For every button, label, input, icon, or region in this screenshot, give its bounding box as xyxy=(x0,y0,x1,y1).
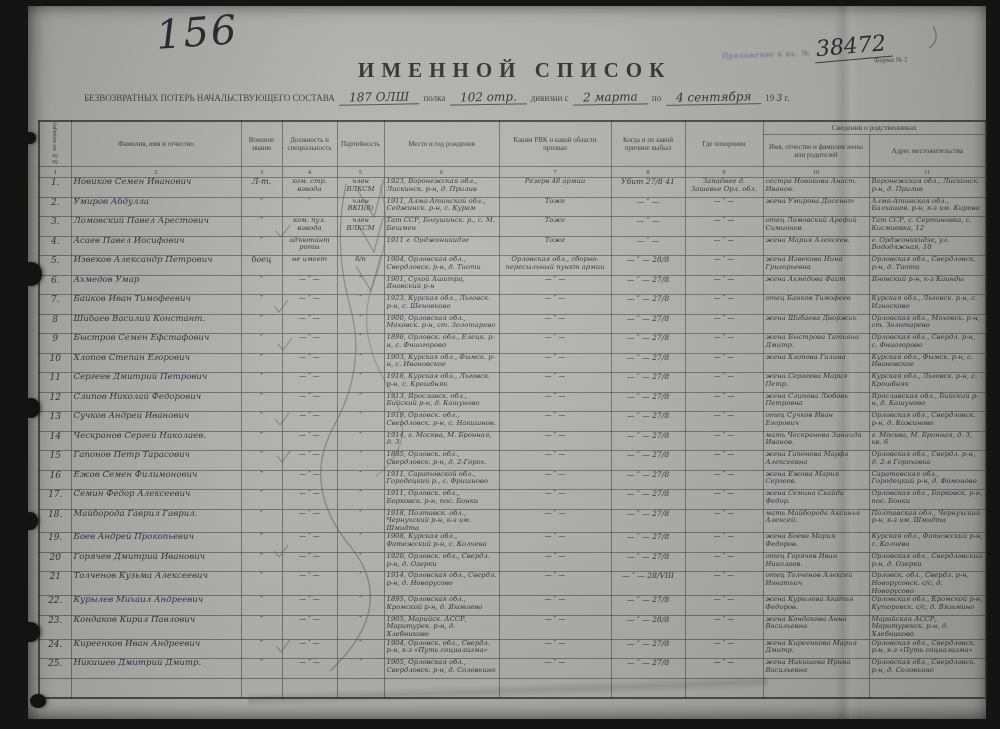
cell-party: ″ xyxy=(337,470,384,490)
cell-name: Майборода Гаврил Гаврил. xyxy=(71,509,241,533)
cell-address: Орловская обл., Кромской р-н, Куторовск.… xyxy=(869,596,986,616)
cell-rank: ″ xyxy=(241,572,282,596)
cell-row-number: ✓ 24. xyxy=(39,639,71,659)
cell-rvk: — ″ — xyxy=(499,314,611,334)
cell-burial: — ″ — xyxy=(685,451,763,471)
cell-party: ″ xyxy=(337,572,384,596)
cell-party: ″ xyxy=(337,533,384,553)
cell-rank: ″ xyxy=(241,552,282,572)
cell-address: Тат ССР, с. Сертиновка, с. Кисмиевка, 12 xyxy=(869,217,986,237)
table-row xyxy=(39,678,986,698)
column-number: 10 xyxy=(763,167,869,178)
cell-birthplace: 1923, Курская обл., Льговск. р-н, с. Шен… xyxy=(384,295,499,315)
cell-rvk: Тоже xyxy=(499,236,611,256)
table-row: ✓ 22. Курылев Михаил Андреевич ″ — ″ — ″… xyxy=(39,596,986,616)
cell-position: — ″ — xyxy=(282,451,337,471)
casualty-table: №№ по порядку Фамилия, имя и отчество Во… xyxy=(38,120,987,699)
table-row: ✓ 12 Слипов Николай Федорович ″ — ″ — ″ … xyxy=(39,392,986,412)
cell-rvk: — ″ — xyxy=(499,615,611,639)
cell-rvk: — ″ — xyxy=(499,431,611,451)
punch-hole xyxy=(20,622,40,642)
cell-birthplace: 1901, Сухой Ашитра, Яновский р-н xyxy=(384,275,499,295)
cell-birthplace: 1904, Орловск. обл., Свердл. р-н, к-з «П… xyxy=(384,639,499,659)
punch-hole xyxy=(30,694,46,708)
col-header-name: Фамилия, имя и отчество xyxy=(71,121,241,167)
cell-address: Орловская обл., Борковск. р-н, пос. Бонк… xyxy=(869,490,986,510)
subtitle-printed: БЕЗВОЗВРАТНЫХ ПОТЕРЬ НАЧАЛЬСТВУЮЩЕГО СОС… xyxy=(84,93,335,103)
col-header-index: №№ по порядку xyxy=(39,121,71,167)
cell-row-number: ✓ 3. xyxy=(39,217,71,237)
cell-rank: ″ xyxy=(241,615,282,639)
cell-relative: жена Киреенкова Мария Дмитр. xyxy=(763,639,869,659)
cell-fate: — ″ — xyxy=(611,236,685,256)
cell-address xyxy=(869,678,986,698)
cell-position: — ″ — xyxy=(282,275,337,295)
cell-name: Шибаев Василий Констант. xyxy=(71,314,241,334)
col-header-address: Адрес местожительства xyxy=(869,135,986,167)
cell-name: Умиров Абдулла xyxy=(71,197,241,217)
cell-rank: ″ xyxy=(241,392,282,412)
cell-position: — ″ — xyxy=(282,533,337,553)
cell-address: Орловская обл., Свердловск. р-н, д. Кожи… xyxy=(869,412,986,432)
punch-hole xyxy=(20,262,42,286)
cell-rank xyxy=(241,678,282,698)
cell-party: член ВЛКСМ xyxy=(337,178,384,198)
cell-position: — ″ — xyxy=(282,596,337,616)
cell-fate: — ″ — 27/8 xyxy=(611,659,685,679)
cell-party: ″ xyxy=(337,431,384,451)
cell-rvk: — ″ — xyxy=(499,552,611,572)
table-row: ✓ 15 Гапонов Петр Тарасович ″ — ″ — ″ 18… xyxy=(39,451,986,471)
cell-party: ″ xyxy=(337,552,384,572)
cell-name: Байков Иван Тимофеевич xyxy=(71,295,241,315)
cell-address: Курская обл., Льговск. р-н, с. Износково xyxy=(869,295,986,315)
cell-address: Орловская обл., Свердл. р-н, с. Фниогоро… xyxy=(869,334,986,354)
table-row: ✓ 16 Ежов Семен Филимонович ″ — ″ — ″ 19… xyxy=(39,470,986,490)
cell-birthplace: 1918, Полтавск. обл., Чернухский р-н, к-… xyxy=(384,509,499,533)
table-row: ✓ 24. Киреенков Иван Андреевич ″ — ″ — ″… xyxy=(39,639,986,659)
cell-relative xyxy=(763,678,869,698)
cell-rank: ″ xyxy=(241,412,282,432)
cell-relative: мать Ческранова Зинаида Иванов. xyxy=(763,431,869,451)
cell-fate: — ″ — 27/8 xyxy=(611,509,685,533)
table-row: ✓ 19. Боев Андрей Прокопьевич ″ — ″ — ″ … xyxy=(39,533,986,553)
cell-address: Алма-Атинская обл., Балхашев. р-н, к-з и… xyxy=(869,197,986,217)
cell-position: — ″ — xyxy=(282,314,337,334)
cell-position: — ″ — xyxy=(282,490,337,510)
cell-relative: жена Умирова Дисенат xyxy=(763,197,869,217)
cell-rank: ″ xyxy=(241,197,282,217)
cell-name: Сучков Андрей Иванович xyxy=(71,412,241,432)
cell-row-number: ✓ 16 xyxy=(39,470,71,490)
table-row: ✓ 10 Хлопов Степан Егорович ″ — ″ — ″ 19… xyxy=(39,353,986,373)
cell-birthplace: 1911, Орловск. обл., Борковск. р-н, пос.… xyxy=(384,490,499,510)
cell-fate: — ″ — xyxy=(611,197,685,217)
cell-burial: — ″ — xyxy=(685,334,763,354)
cell-rvk: — ″ — xyxy=(499,412,611,432)
cell-row-number: ✓ 23. xyxy=(39,615,71,639)
cell-birthplace: 1895, Орловская обл., Кромской р-н, д. Я… xyxy=(384,596,499,616)
cell-fate: — ″ — 27/8 xyxy=(611,412,685,432)
cell-position xyxy=(282,678,337,698)
cell-party: ″ xyxy=(337,373,384,393)
cell-fate: — ″ — 27/8 xyxy=(611,639,685,659)
cell-address: Воронежская обл., Лискинск. р-н, д. Прил… xyxy=(869,178,986,198)
cell-rank: ″ xyxy=(241,353,282,373)
column-number: 11 xyxy=(869,167,986,178)
cell-burial: — ″ — xyxy=(685,615,763,639)
cell-name: Ежов Семен Филимонович xyxy=(71,470,241,490)
table-row: ✓ 18. Майборода Гаврил Гаврил. ″ — ″ — ″… xyxy=(39,509,986,533)
cell-position: — ″ — xyxy=(282,659,337,679)
cell-position: — ″ — xyxy=(282,373,337,393)
cell-rank: ″ xyxy=(241,470,282,490)
cell-address: Орловск. обл., Свердл. р-н, Новорусовск.… xyxy=(869,572,986,596)
cell-address: г. Москва, М. Бронная, д. 3, кв. 6 xyxy=(869,431,986,451)
subtitle-handwritten-unit: 187 ОЛШ xyxy=(339,89,420,105)
cell-party: член ВКП(б) xyxy=(337,197,384,217)
cell-name: Киреенков Иван Андреевич xyxy=(71,639,241,659)
cell-party: ″ xyxy=(337,490,384,510)
cell-party: член ВЛКСМ xyxy=(337,217,384,237)
cell-address: Яновский р-н, к-з Каинды xyxy=(869,275,986,295)
cell-burial: — ″ — xyxy=(685,314,763,334)
cell-fate: Убит 27/8 41 xyxy=(611,178,685,198)
cell-birthplace: 1913, Ярославск. обл., Бийский р-н, д. К… xyxy=(384,392,499,412)
cell-party: ″ xyxy=(337,639,384,659)
cell-address: Полтавская обл., Чернухский р-н, к-з им.… xyxy=(869,509,986,533)
subtitle-handwritten-date-to: 4 сентября xyxy=(665,89,761,106)
cell-burial: — ″ — xyxy=(685,353,763,373)
cell-fate: — ″ — 27/8 xyxy=(611,490,685,510)
cell-relative: мать Майборода Аксинья Алексей. xyxy=(763,509,869,533)
cell-rvk: — ″ — xyxy=(499,533,611,553)
col-header-relative: Имя, отчество и фамилия жены или родител… xyxy=(763,135,869,167)
cell-rvk: Орловская обл., сборно-пересыльный пункт… xyxy=(499,256,611,276)
cell-row-number: ✓ 20 xyxy=(39,552,71,572)
cell-party: ″ xyxy=(337,615,384,639)
table-row: ✓ 1. Новиков Семен Иванович Л-т. ком. ст… xyxy=(39,178,986,198)
cell-rank: ″ xyxy=(241,275,282,295)
table-row: ✓ 25. Никишев Дмитрий Дмитр. ″ — ″ — ″ 1… xyxy=(39,659,986,679)
col-header-fate: Когда и по какой причине выбыл xyxy=(611,121,685,167)
cell-rank: ″ xyxy=(241,509,282,533)
cell-birthplace: 1904, Орловская обл., Свердловск. р-н, д… xyxy=(384,256,499,276)
cell-row-number: ✓ 9 xyxy=(39,334,71,354)
col-header-rank: Военное звание xyxy=(241,121,282,167)
cell-rvk: — ″ — xyxy=(499,373,611,393)
stamp: Приложение к вх. № 38472 xyxy=(722,40,942,80)
cell-burial xyxy=(685,678,763,698)
col-group-relatives: Сведения о родственниках xyxy=(763,121,986,135)
cell-burial: — ″ — xyxy=(685,236,763,256)
cell-rank: ″ xyxy=(241,314,282,334)
cell-relative: жена Ежова Мария Сергеев. xyxy=(763,470,869,490)
cell-fate: — ″ — 27/8 xyxy=(611,533,685,553)
cell-row-number: ✓ 10 xyxy=(39,353,71,373)
cell-row-number: ✓ 13 xyxy=(39,412,71,432)
column-number-row: 1 2 3 4 5 6 7 8 9 10 11 xyxy=(39,167,986,178)
cell-birthplace: 1908, Курская обл., Фатежский р-н, с. Ко… xyxy=(384,533,499,553)
subtitle-printed: полка xyxy=(423,93,445,103)
cell-rank: ″ xyxy=(241,451,282,471)
cell-relative: отец Ломовский Арефий Симионов xyxy=(763,217,869,237)
cell-burial: — ″ — xyxy=(685,572,763,596)
col-header-position: Должность и специальность xyxy=(282,121,337,167)
cell-relative: жена Сергеева Мария Петр. xyxy=(763,373,869,393)
cell-burial: — ″ — xyxy=(685,295,763,315)
cell-birthplace: 1911 г. Орджоникидзе xyxy=(384,236,499,256)
cell-fate: — ″ — 28/8 xyxy=(611,615,685,639)
cell-position: — ″ — xyxy=(282,431,337,451)
cell-rank: Л-т. xyxy=(241,178,282,198)
cell-name: Асаев Павел Иосифович xyxy=(71,236,241,256)
table-row: ✓ 17. Семин Федор Алексеевич ″ — ″ — ″ 1… xyxy=(39,490,986,510)
cell-burial: — ″ — xyxy=(685,639,763,659)
cell-row-number xyxy=(39,678,71,698)
cell-rvk: — ″ — xyxy=(499,353,611,373)
cell-birthplace: 1920, Орловск. обл., Свердл. р-н, д. Озе… xyxy=(384,552,499,572)
cell-name: Никишев Дмитрий Дмитр. xyxy=(71,659,241,679)
cell-rank: ″ xyxy=(241,596,282,616)
cell-position: — ″ — xyxy=(282,392,337,412)
cell-name: Хлопов Степан Егорович xyxy=(71,353,241,373)
cell-fate: — ″ — 27/8 xyxy=(611,470,685,490)
cell-burial: — ″ — xyxy=(685,217,763,237)
cell-name xyxy=(71,678,241,698)
cell-fate: — ″ — 27/8 xyxy=(611,392,685,412)
cell-birthplace: 1918, Курская обл., Льговск. р-н, с. Кро… xyxy=(384,373,499,393)
cell-name: Горячев Дмитрий Иванович xyxy=(71,552,241,572)
cell-row-number: ✓ 19. xyxy=(39,533,71,553)
cell-position: — ″ — xyxy=(282,572,337,596)
cell-rank: ″ xyxy=(241,490,282,510)
table-row: ✓ 14 Ческранов Сергей Николаев. ″ — ″ — … xyxy=(39,431,986,451)
cell-rvk: — ″ — xyxy=(499,659,611,679)
table-row: ✓ 13 Сучков Андрей Иванович ″ — ″ — ″ 19… xyxy=(39,412,986,432)
cell-position: ком. пул. взвода xyxy=(282,217,337,237)
cell-fate: — ″ — 27/8 xyxy=(611,314,685,334)
col-header-birth: Место и год рождения xyxy=(384,121,499,167)
cell-address: Курская обл., Фымск. р-н, с. Ивановское xyxy=(869,353,986,373)
stamp-label: Приложение к вх. № xyxy=(722,48,810,60)
cell-party: ″ xyxy=(337,353,384,373)
cell-row-number: ✓ 15 xyxy=(39,451,71,471)
cell-burial: — ″ — xyxy=(685,392,763,412)
cell-rvk: — ″ — xyxy=(499,295,611,315)
subtitle: БЕЗВОЗВРАТНЫХ ПОТЕРЬ НАЧАЛЬСТВУЮЩЕГО СОС… xyxy=(84,90,974,105)
cell-relative: жена Хлопова Галина xyxy=(763,353,869,373)
cell-address: Курская обл., Льговск. р-н, с. Крошбняк xyxy=(869,373,986,393)
column-number: 6 xyxy=(384,167,499,178)
cell-burial: — ″ — xyxy=(685,197,763,217)
cell-birthplace: 1923, Воронежская обл., Лискинск. р-н, д… xyxy=(384,178,499,198)
cell-rank: боец xyxy=(241,256,282,276)
cell-name: Быстров Семен Ефстафович xyxy=(71,334,241,354)
subtitle-printed: г. xyxy=(784,93,789,103)
cell-address: г. Орджоникидзе, ул. Вододяжная, 10 xyxy=(869,236,986,256)
cell-party: б/п xyxy=(337,256,384,276)
cell-row-number: ✓ 8 xyxy=(39,314,71,334)
punch-hole xyxy=(22,512,38,530)
cell-name: Сергеев Дмитрий Петрович xyxy=(71,373,241,393)
cell-rvk: Резерв 48 армии xyxy=(499,178,611,198)
cell-relative: жена Быстрова Татьяна Дмитр. xyxy=(763,334,869,354)
cell-birthplace: 1885, Орловск. обл., Свердловск. р-н, д.… xyxy=(384,451,499,471)
cell-relative: жена Семина Скайда Федор. xyxy=(763,490,869,510)
cell-relative: жена Гапонова Марфа Алексеевна xyxy=(763,451,869,471)
col-header-rvk: Каким РВК и какой области призван xyxy=(499,121,611,167)
subtitle-handwritten-year: 3 xyxy=(776,94,782,104)
cell-row-number: ✓ 11 xyxy=(39,373,71,393)
cell-position: не имеет xyxy=(282,256,337,276)
column-number: 5 xyxy=(337,167,384,178)
cell-position: — ″ — xyxy=(282,334,337,354)
column-number: 1 xyxy=(39,167,71,178)
table-row: ✓ 6. Ахмедов Умар ″ — ″ — ″ 1901, Сухой … xyxy=(39,275,986,295)
col-header-burial: Где похоронен xyxy=(685,121,763,167)
cell-party: ″ xyxy=(337,392,384,412)
cell-address: Орловская обл., Моховск. р-н, ст. Золота… xyxy=(869,314,986,334)
cell-burial: — ″ — xyxy=(685,256,763,276)
cell-rvk: — ″ — xyxy=(499,275,611,295)
form-label: Форма № 2 xyxy=(874,55,908,64)
cell-name: Толченов Кузьма Алексеевич xyxy=(71,572,241,596)
cell-rvk: — ″ — xyxy=(499,639,611,659)
cell-relative: жена Боева Мария Федоров. xyxy=(763,533,869,553)
cell-row-number: ✓ 12 xyxy=(39,392,71,412)
cell-rank: ″ xyxy=(241,659,282,679)
cell-rank: ″ xyxy=(241,236,282,256)
cell-address: Курская обл., Фатежский р-н, с. Колчева xyxy=(869,533,986,553)
cell-rank: ″ xyxy=(241,217,282,237)
table-row: ✓ 21 Толченов Кузьма Алексеевич ″ — ″ — … xyxy=(39,572,986,596)
cell-position: — ″ — xyxy=(282,353,337,373)
cell-relative: жена Никишева Ирина Васильевна xyxy=(763,659,869,679)
cell-address: Орловская обл., Свердловск. р-н, д. Соло… xyxy=(869,659,986,679)
cell-row-number: ✓ 17. xyxy=(39,490,71,510)
cell-burial: — ″ — xyxy=(685,490,763,510)
cell-row-number: ✓ 5. xyxy=(39,256,71,276)
cell-party: ″ xyxy=(337,412,384,432)
cell-name: Ломовский Павел Арестович xyxy=(71,217,241,237)
column-number: 8 xyxy=(611,167,685,178)
cell-birthplace xyxy=(384,678,499,698)
cell-relative: отец Банков Тимофеев xyxy=(763,295,869,315)
cell-row-number: ✓ 25. xyxy=(39,659,71,679)
cell-name: Гапонов Петр Тарасович xyxy=(71,451,241,471)
cell-row-number: ✓ 7. xyxy=(39,295,71,315)
cell-row-number: ✓ 18. xyxy=(39,509,71,533)
cell-burial: — ″ — xyxy=(685,596,763,616)
cell-relative: жена Слипова Любовь Петровна xyxy=(763,392,869,412)
cell-row-number: ✓ 22. xyxy=(39,596,71,616)
table-body: ✓ 1. Новиков Семен Иванович Л-т. ком. ст… xyxy=(39,178,986,698)
cell-fate: — ″ — 27/8 xyxy=(611,275,685,295)
cell-burial: — ″ — xyxy=(685,431,763,451)
cell-party xyxy=(337,678,384,698)
cell-relative: отец Толченов Алексей Игнатьич xyxy=(763,572,869,596)
cell-rvk: — ″ — xyxy=(499,334,611,354)
cell-position: ″ xyxy=(282,197,337,217)
cell-fate xyxy=(611,678,685,698)
cell-party xyxy=(337,236,384,256)
subtitle-printed: по xyxy=(652,93,661,103)
col-header-party: Партийность xyxy=(337,121,384,167)
cell-rank: ″ xyxy=(241,334,282,354)
cell-name: Кондаков Кирил Павлович xyxy=(71,615,241,639)
subtitle-handwritten-date-from: 2 марта xyxy=(573,89,648,105)
cell-party: ″ xyxy=(337,596,384,616)
cell-rvk: Тоже xyxy=(499,217,611,237)
cell-birthplace: 1911, Алма-Атинской обл., Седжинск. р-н,… xyxy=(384,197,499,217)
column-number: 9 xyxy=(685,167,763,178)
cell-party: ″ xyxy=(337,295,384,315)
cell-rvk: Тоже xyxy=(499,197,611,217)
table-row: ✓ 5. Извеков Александр Петрович боец не … xyxy=(39,256,986,276)
table-row: ✓ 8 Шибаев Василий Констант. ″ — ″ — ″ 1… xyxy=(39,314,986,334)
cell-burial: — ″ — xyxy=(685,470,763,490)
cell-fate: — ″ — 27/8 xyxy=(611,596,685,616)
cell-birthplace: 1903, Курская обл., Фымск. р-н, с. Ивано… xyxy=(384,353,499,373)
cell-rank: ″ xyxy=(241,533,282,553)
cell-relative: жена Ахмедова Фаит xyxy=(763,275,869,295)
cell-row-number: ✓ 6. xyxy=(39,275,71,295)
punch-hole xyxy=(24,132,36,144)
cell-birthplace: Тат ССР, Богушинск. р., с. М. Бешмен xyxy=(384,217,499,237)
cell-rvk: — ″ — xyxy=(499,572,611,596)
table-row: ✓ 4. Асаев Павел Иосифович ″ адъютант ро… xyxy=(39,236,986,256)
cell-address: Орловская обл., Свердл. р-н, д. 2-я Горо… xyxy=(869,451,986,471)
cell-address: Орловская обл., Свердловский р-н, д. Озе… xyxy=(869,552,986,572)
cell-fate: — ″ — 27/8 xyxy=(611,353,685,373)
cell-birthplace: 1914, г. Москва, М. Бронная, д. 3 xyxy=(384,431,499,451)
cell-birthplace: 1905, Марийск. АССР, Маритурек. р-н, д. … xyxy=(384,615,499,639)
punch-hole xyxy=(22,398,40,418)
table-row: ✓ 2. Умиров Абдулла ″ ″ член ВКП(б) 1911… xyxy=(39,197,986,217)
cell-row-number: ✓ 1. xyxy=(39,178,71,198)
cell-position: адъютант роты xyxy=(282,236,337,256)
page-number: 156 xyxy=(154,7,239,59)
cell-name: Боев Андрей Прокопьевич xyxy=(71,533,241,553)
cell-rvk: — ″ — xyxy=(499,596,611,616)
cell-rvk: — ″ — xyxy=(499,392,611,412)
cell-position: ком. стр. взвода xyxy=(282,178,337,198)
cell-party: ″ xyxy=(337,659,384,679)
cell-rank: ″ xyxy=(241,639,282,659)
cell-row-number: ✓ 2. xyxy=(39,197,71,217)
cell-position: — ″ — xyxy=(282,412,337,432)
cell-relative: жена Кондакова Анна Васильевна xyxy=(763,615,869,639)
cell-address: Саратовская обл., Городецкий р-н, д. Фом… xyxy=(869,470,986,490)
cell-burial: — ″ — xyxy=(685,509,763,533)
cell-relative: жена Извекова Нина Григорьевна xyxy=(763,256,869,276)
cell-name: Ческранов Сергей Николаев. xyxy=(71,431,241,451)
cell-rvk: — ″ — xyxy=(499,470,611,490)
cell-relative: отец Горячев Иван Николаев. xyxy=(763,552,869,572)
cell-rvk xyxy=(499,678,611,698)
cell-name: Новиков Семен Иванович xyxy=(71,178,241,198)
cell-relative: жена Курылева Акатья Федоров. xyxy=(763,596,869,616)
cell-row-number: ✓ 14 xyxy=(39,431,71,451)
cell-rank: ″ xyxy=(241,295,282,315)
table-row: ✓ 11 Сергеев Дмитрий Петрович ″ — ″ — ″ … xyxy=(39,373,986,393)
cell-burial: Западнее д. Зашевье Орл. обл. xyxy=(685,178,763,198)
cell-position: — ″ — xyxy=(282,470,337,490)
cell-name: Курылев Михаил Андреевич xyxy=(71,596,241,616)
cell-name: Извеков Александр Петрович xyxy=(71,256,241,276)
cell-burial: — ″ — xyxy=(685,552,763,572)
